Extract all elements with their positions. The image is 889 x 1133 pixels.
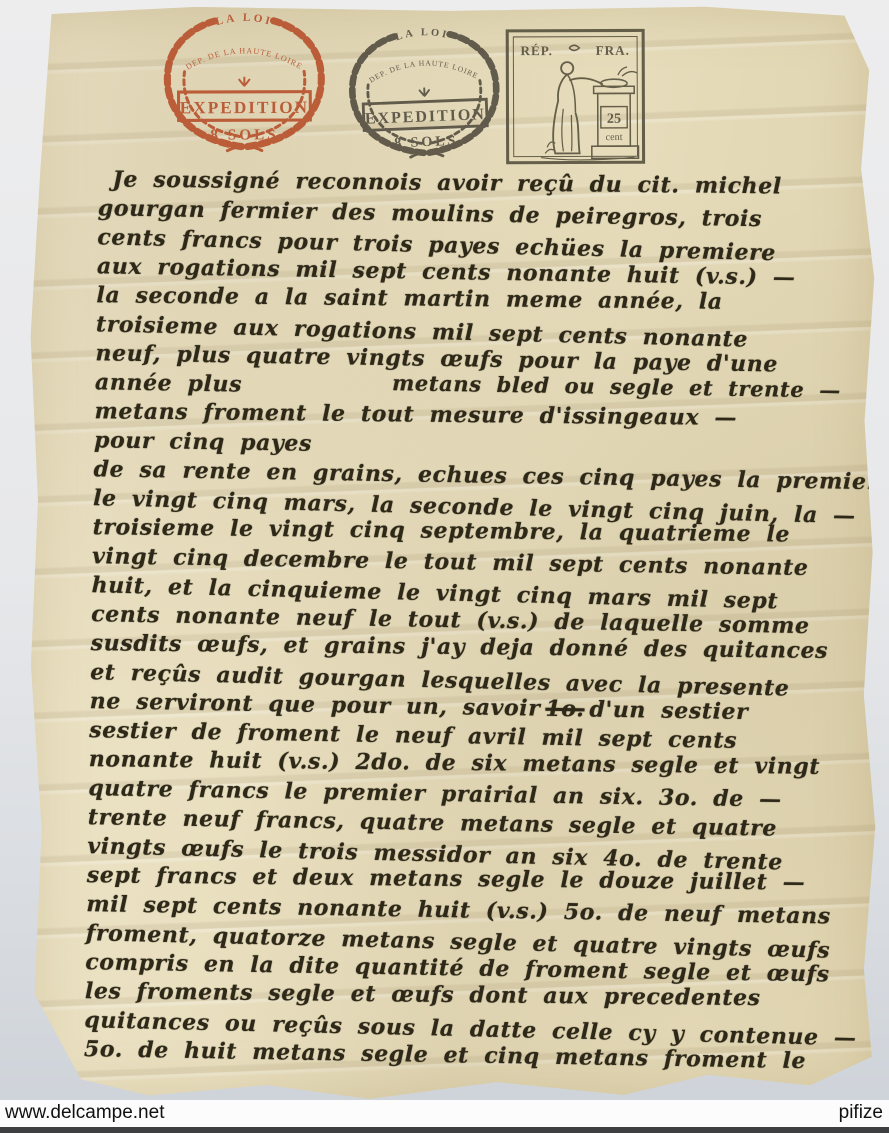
svg-text:DEP. DE LA HAUTE LOIRE: DEP. DE LA HAUTE LOIRE: [184, 46, 304, 72]
stamp-motto: LA LOI: [394, 26, 450, 43]
svg-text:LA LOI: LA LOI: [214, 12, 274, 29]
watermark-left: www.delcampe.net: [5, 1102, 164, 1124]
watermark-strip: www.delcampe.net pifize: [0, 1100, 889, 1127]
stamp-arc-text: DEP. DE LA HAUTE LOIRE: [184, 46, 304, 72]
manuscript-line-segment: année plus: [95, 368, 242, 399]
document-paper: LA LOI DEP. DE LA HAUTE LOIRE EXPEDITION…: [26, 5, 878, 1104]
wreath-stamp-icon: LA LOI DEP. DE LA HAUTE LOIRE EXPEDITION…: [146, 6, 343, 159]
stamp-motto: LA LOI: [214, 12, 274, 29]
manuscript-text-block: Je soussigné reconnois avoir reçû du cit…: [84, 165, 874, 1077]
watermark-right: pifize: [839, 1102, 883, 1124]
expedition-stamp-black: LA LOI DEP. DE LA HAUTE LOIRE EXPEDITION…: [332, 17, 517, 170]
wreath-stamp-icon: LA LOI DEP. DE LA HAUTE LOIRE EXPEDITION…: [332, 17, 517, 170]
manuscript-interlinear-insert: metans bled ou segle et trente —: [392, 368, 841, 404]
stamp-value: 8 SOLS: [210, 126, 279, 143]
stamp-arc-text: DEP. DE LA HAUTE LOIRE: [367, 56, 480, 84]
stamp-value: 8 SOLS: [394, 133, 459, 151]
revenue-right-text: FRA.: [596, 43, 630, 58]
revenue-unit: cent: [606, 132, 623, 143]
revenue-stamp-icon: RÉP. FRA. 25 cent: [504, 27, 646, 165]
svg-text:DEP. DE LA HAUTE LOIRE: DEP. DE LA HAUTE LOIRE: [367, 56, 480, 84]
expedition-stamp-orange: LA LOI DEP. DE LA HAUTE LOIRE EXPEDITION…: [146, 6, 343, 159]
photo-bottom-border: [0, 1127, 889, 1133]
revenue-value: 25: [607, 111, 621, 127]
revenue-left-text: RÉP.: [520, 43, 553, 58]
scanned-document-photo: LA LOI DEP. DE LA HAUTE LOIRE EXPEDITION…: [0, 0, 889, 1133]
revenue-stamp: RÉP. FRA. 25 cent: [504, 27, 646, 165]
manuscript-struck-word: 1o.: [545, 696, 584, 723]
stamp-label: EXPEDITION: [180, 98, 309, 117]
svg-text:LA LOI: LA LOI: [394, 26, 450, 43]
